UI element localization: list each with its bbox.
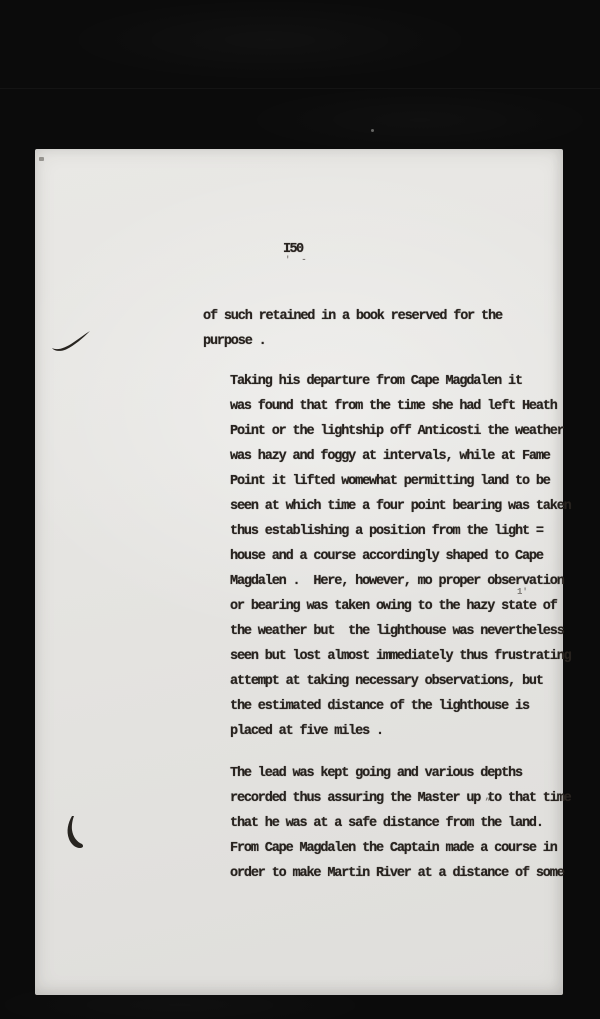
text-line: recorded thus assuring the Master up to … (203, 786, 563, 811)
text-line: Taking his departure from Cape Magdalen … (203, 369, 563, 394)
stray-quote-mark: ” (485, 798, 491, 809)
stray-quote-mark: ” (330, 707, 336, 718)
text-line: placed at five miles . (203, 719, 563, 744)
text-line: Point or the lightship off Anticosti the… (203, 419, 563, 444)
text-line: Point it lifted womewhat permitting land… (203, 469, 563, 494)
text-line: was found that from the time she had lef… (203, 394, 563, 419)
text-line: the weather but the lighthouse was never… (203, 619, 563, 644)
text-line: was hazy and foggy at intervals, while a… (203, 444, 563, 469)
text-line: attempt at taking necessary observations… (203, 669, 563, 694)
paragraph: The lead was kept going and various dept… (203, 761, 563, 886)
text-line: seen at which time a four point bearing … (203, 494, 563, 519)
scan-background: I50 ' - of such retained in a book reser… (0, 0, 600, 1019)
text-line: of such retained in a book reserved for … (203, 304, 563, 329)
text-line: From Cape Magdalen the Captain made a co… (203, 836, 563, 861)
paper-speck (39, 157, 44, 161)
text-line: house and a course accordingly shaped to… (203, 544, 563, 569)
text-line: The lead was kept going and various dept… (203, 761, 563, 786)
pen-mark-check (50, 330, 94, 354)
paragraph: of such retained in a book reserved for … (203, 304, 563, 354)
pen-mark-hook (60, 815, 92, 851)
text-line: or bearing was taken owing to the hazy s… (203, 594, 563, 619)
document-page: I50 ' - of such retained in a book reser… (35, 149, 563, 995)
text-line: that he was at a safe distance from the … (203, 811, 563, 836)
scan-seam-line (0, 88, 600, 89)
text-line: order to make Martin River at a distance… (203, 861, 563, 886)
stray-superscript-mark: 1' (517, 587, 528, 597)
stray-mark-below-page-number: ' - (285, 255, 307, 265)
text-line: seen but lost almost immediately thus fr… (203, 644, 563, 669)
text-line: purpose . (203, 329, 563, 354)
dust-speck (371, 129, 374, 132)
text-line: the estimated distance of the lighthouse… (203, 694, 563, 719)
text-line: Magdalen . Here, however, mo proper obse… (203, 569, 563, 594)
paragraph: Taking his departure from Cape Magdalen … (203, 369, 563, 744)
text-line: thus establishing a position from the li… (203, 519, 563, 544)
